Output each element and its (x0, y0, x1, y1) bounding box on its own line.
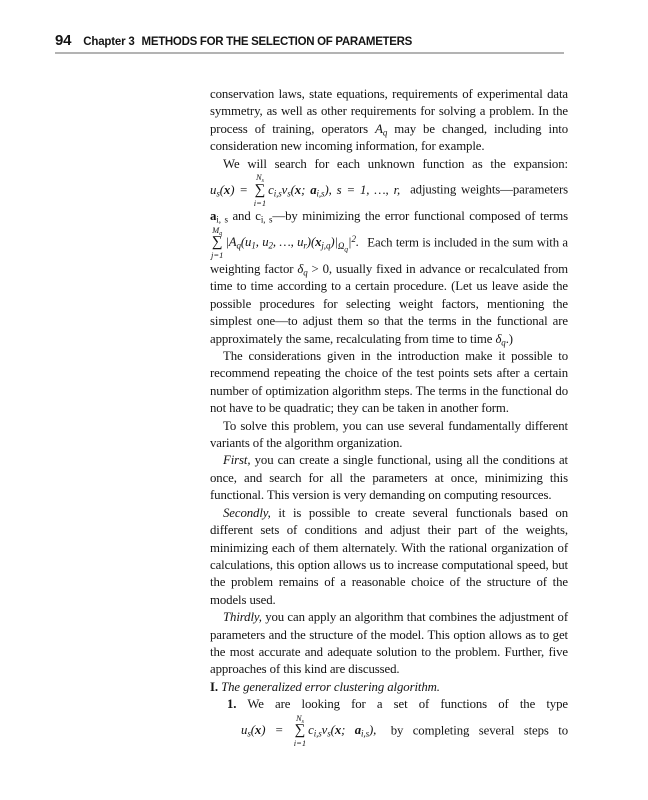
chapter-title: METHODS FOR THE SELECTION OF PARAMETERS (142, 36, 412, 48)
heading-algorithm-I: I. The generalized error clustering algo… (210, 679, 568, 696)
page-header: 94Chapter 3METHODS FOR THE SELECTION OF … (55, 32, 412, 50)
paragraph-considerations: The considerations given in the introduc… (210, 348, 568, 418)
formula-expansion: us(x) = Ns∑i=1ci,svs(x; ai,s), s = 1, …,… (210, 183, 400, 197)
sigma-icon: ∑ (212, 235, 223, 251)
text-column: conservation laws, state equations, requ… (210, 86, 568, 749)
list-item-1: 1. We are looking for a set of functions… (210, 696, 568, 749)
formula-rhs: ci,svs(x; ai,s), (308, 723, 376, 737)
sentence-minimizing-weights: ai, s and ci, s—by minimizing the error … (210, 208, 568, 225)
formula-rhs: ci,svs(x; ai,s), s = 1, …, r, (268, 183, 400, 197)
paragraph-thirdly-variant: Thirdly, you can apply an algorithm that… (210, 609, 568, 679)
sigma-icon: ∑ (295, 723, 306, 739)
formula-norm-body: |Aq(u1, u2, …, ur)(xj,q)|Ωq|2. (225, 235, 359, 249)
sum-operator: Ns∑i=1 (294, 714, 306, 749)
functional-terms-flow: Mq∑j=1|Aq(u1, u2, …, ur)(xj,q)|Ωq|2. Eac… (210, 226, 568, 348)
formula-lhs: us(x) = (210, 183, 253, 197)
sum-lower-limit: i=1 (254, 199, 266, 209)
book-page: 94Chapter 3METHODS FOR THE SELECTION OF … (0, 0, 648, 800)
formula-type-line: us(x) = Ns∑i=1ci,svs(x; ai,s), by comple… (210, 714, 568, 749)
sum-lower-limit: i=1 (294, 739, 306, 749)
paragraph-solve-problem: To solve this problem, you can use sever… (210, 418, 568, 453)
formula-error-functional: Mq∑j=1|Aq(u1, u2, …, ur)(xj,q)|Ωq|2. (210, 235, 359, 249)
formula-function-type: us(x) = Ns∑i=1ci,svs(x; ai,s), (241, 723, 376, 737)
sum-lower-limit: j=1 (211, 251, 223, 261)
sum-operator: Ns∑i=1 (254, 173, 266, 208)
sentence-expansion-lead: We will search for each unknown function… (210, 156, 568, 173)
sum-operator: Mq∑j=1 (211, 226, 223, 261)
paragraph-expansion: We will search for each unknown function… (210, 156, 568, 348)
formula-lhs: us(x) = (241, 723, 293, 737)
text-adjusting-weights: adjusting weights—parameters (410, 183, 568, 197)
text-weighting-factor: Each term is included in the sum with a … (210, 235, 568, 345)
header-rule (55, 52, 564, 54)
paragraph-first-variant: First, you can create a single functiona… (210, 452, 568, 504)
text-completing-steps: by completing several steps to (391, 723, 568, 737)
paragraph-conservation-laws: conservation laws, state equations, requ… (210, 86, 568, 156)
paragraph-secondly-variant: Secondly, it is possible to create sever… (210, 505, 568, 609)
page-number: 94 (55, 32, 71, 49)
sigma-icon: ∑ (255, 183, 266, 199)
list-item-1-lead: 1. We are looking for a set of functions… (210, 696, 568, 713)
chapter-label: Chapter 3 (83, 36, 134, 48)
formula-expansion-line: us(x) = Ns∑i=1ci,svs(x; ai,s), s = 1, …,… (210, 173, 568, 208)
